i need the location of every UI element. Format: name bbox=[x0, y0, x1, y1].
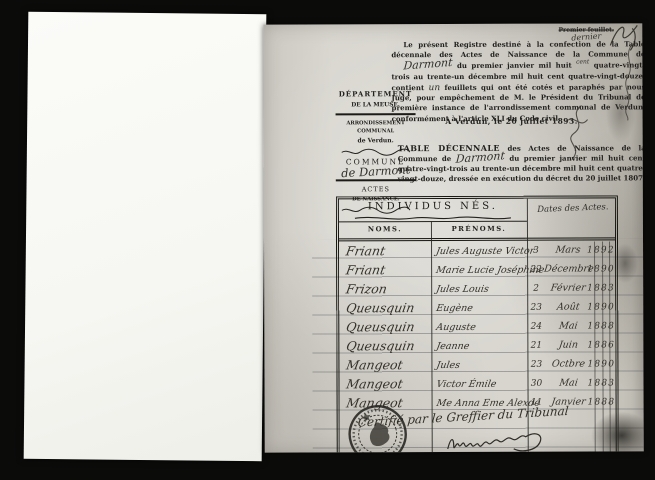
row-annee: 1890 bbox=[587, 302, 615, 312]
row-nom: Queusquin bbox=[345, 338, 416, 353]
row-mois: Décembre bbox=[543, 264, 593, 275]
dateline: A Verdun, le 20 juillet 1893. bbox=[392, 116, 632, 126]
table-row: Mangeot Jules 23 Octbre 1890 bbox=[339, 355, 615, 375]
row-prenoms: Jules Louis bbox=[435, 284, 489, 295]
row-jour: 3 bbox=[528, 246, 544, 256]
commune-handwritten: Darmont bbox=[391, 59, 453, 71]
row-prenoms: Victor Émile bbox=[436, 379, 498, 390]
row-prenoms: Auguste bbox=[435, 322, 476, 333]
table-group-header: INDIVIDUS NÉS. bbox=[339, 201, 527, 213]
table-row: Frizon Jules Louis 2 Février 1883 bbox=[339, 279, 615, 299]
row-annee: 1890 bbox=[587, 359, 615, 369]
row-jour: 30 bbox=[528, 379, 544, 389]
decennial-commune-handwritten: Darmont bbox=[456, 152, 506, 163]
table-row: Friant Jules Auguste Victor 3 Mars 1892 bbox=[339, 241, 615, 261]
row-annee: 1883 bbox=[587, 283, 615, 293]
row-mois: Octbre bbox=[544, 359, 594, 370]
blank-facing-page bbox=[24, 12, 267, 461]
row-nom: Friant bbox=[345, 243, 387, 258]
actes-label: ACTES bbox=[328, 185, 424, 193]
dates-column-header: Dates des Actes. bbox=[529, 202, 617, 215]
row-mois: Mai bbox=[544, 378, 594, 389]
row-annee: 1883 bbox=[587, 378, 615, 388]
departement-value: DE LA MEUSE. bbox=[328, 101, 424, 109]
decennial-title: TABLE DÉCENNALE des Actes de Naissance d… bbox=[398, 142, 644, 184]
row-annee: 1886 bbox=[587, 340, 615, 350]
row-nom: Friant bbox=[345, 262, 387, 277]
row-mois: Mai bbox=[544, 321, 594, 332]
row-nom: Mangeot bbox=[345, 357, 404, 372]
row-prenoms: Jeanne bbox=[435, 341, 470, 352]
greffier-signature bbox=[444, 427, 554, 453]
table-row: Mangeot Victor Émile 30 Mai 1883 bbox=[339, 374, 615, 394]
row-jour: 23 bbox=[528, 360, 544, 370]
row-annee: 1892 bbox=[587, 245, 615, 255]
tribunal-stamp bbox=[346, 402, 410, 453]
table-row: Queusquin Eugène 23 Août 1890 bbox=[339, 298, 615, 318]
departement-label: DÉPARTEMENT bbox=[327, 90, 423, 98]
row-annee: 1890 bbox=[587, 264, 615, 274]
row-prenoms: Jules Auguste Victor bbox=[435, 246, 535, 257]
row-nom: Mangeot bbox=[345, 376, 404, 391]
arrondissement-label: ARRONDISSEMENT COMMUNAL bbox=[328, 119, 424, 135]
prenoms-column-header: PRÉNOMS. bbox=[431, 225, 527, 233]
row-mois: Juin bbox=[544, 340, 594, 351]
row-jour: 23 bbox=[528, 303, 544, 313]
row-mois: Mars bbox=[543, 245, 593, 256]
row-nom: Frizon bbox=[345, 281, 388, 296]
register-page: Premier feuillet. dernier Le présent Reg… bbox=[263, 23, 643, 452]
scanner-background: Premier feuillet. dernier Le présent Reg… bbox=[0, 0, 655, 480]
row-annee: 1888 bbox=[587, 321, 615, 331]
row-nom: Queusquin bbox=[345, 319, 416, 334]
header-split-rule bbox=[339, 221, 527, 223]
row-mois: Août bbox=[543, 302, 593, 313]
row-jour: 2 bbox=[528, 284, 544, 294]
noms-column-header: NOMS. bbox=[339, 225, 431, 233]
births-table: INDIVIDUS NÉS. Dates des Actes. NOMS. PR… bbox=[336, 195, 619, 452]
feuillets-count-handwritten: un bbox=[429, 83, 441, 93]
table-row: Queusquin Jeanne 21 Juin 1886 bbox=[339, 336, 615, 356]
row-jour: 22 bbox=[528, 265, 544, 275]
row-prenoms: Eugène bbox=[435, 303, 473, 314]
row-jour: 24 bbox=[528, 322, 544, 332]
row-jour: 21 bbox=[528, 341, 544, 351]
insert-handwritten: cent bbox=[576, 58, 589, 65]
row-prenoms: Jules bbox=[435, 360, 460, 371]
row-nom: Queusquin bbox=[345, 300, 416, 315]
table-row: Friant Marie Lucie Joséphine 22 Décembre… bbox=[339, 260, 615, 280]
paper-stain bbox=[612, 243, 638, 283]
paper-stain bbox=[605, 83, 635, 143]
table-row: Queusquin Auguste 24 Mai 1888 bbox=[339, 317, 615, 337]
row-mois: Février bbox=[543, 283, 593, 294]
margin-rule bbox=[336, 113, 416, 115]
certificate-text-2: du premier janvier mil huit bbox=[457, 60, 572, 69]
